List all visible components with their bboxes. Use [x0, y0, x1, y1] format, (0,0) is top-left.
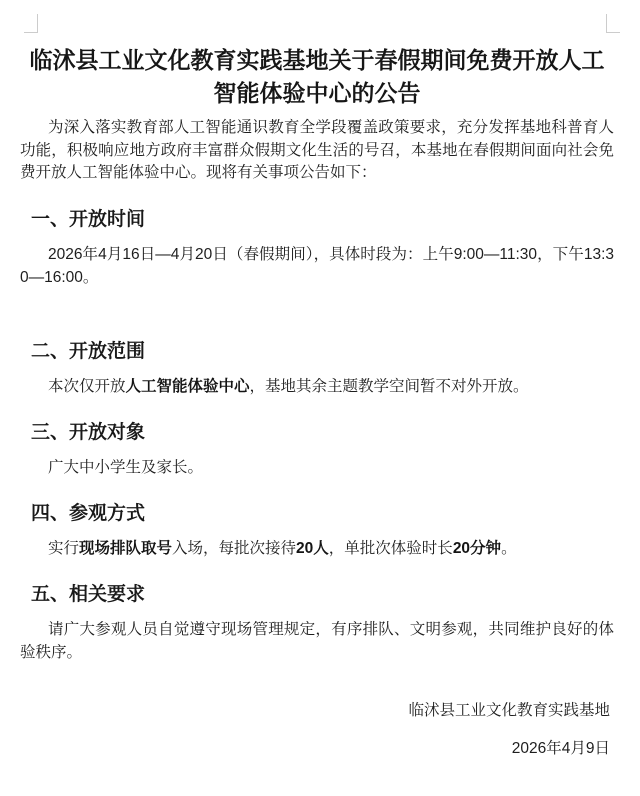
section-heading: 三、开放对象 [20, 420, 614, 446]
section-heading: 四、参观方式 [20, 501, 614, 527]
document-footer: 临沭县工业文化教育实践基地 2026年4月9日 [20, 700, 614, 760]
section-paragraph: 广大中小学生及家长。 [20, 456, 614, 479]
section-open-scope: 二、开放范围 本次仅开放人工智能体验中心，基地其余主题教学空间暂不对外开放。 [20, 339, 614, 398]
section-paragraph: 实行现场排队取号入场，每批次接待20人，单批次体验时长20分钟。 [20, 537, 614, 560]
document-page: 临沭县工业文化教育实践基地关于春假期间免费开放人工智能体验中心的公告 为深入落实… [0, 0, 640, 760]
section-heading: 五、相关要求 [20, 582, 614, 608]
section-heading: 二、开放范围 [20, 339, 614, 365]
intro-paragraph: 为深入落实教育部人工智能通识教育全学段覆盖政策要求，充分发挥基地科普育人功能，积… [20, 117, 614, 185]
section-paragraph: 请广大参观人员自觉遵守现场管理规定，有序排队、文明参观，共同维护良好的体验秩序。 [20, 618, 614, 664]
page-margin-mark-top-left [24, 14, 38, 33]
section-visit-method: 四、参观方式 实行现场排队取号入场，每批次接待20人，单批次体验时长20分钟。 [20, 501, 614, 560]
section-heading: 一、开放时间 [20, 207, 614, 233]
section-open-audience: 三、开放对象 广大中小学生及家长。 [20, 420, 614, 479]
signature-line: 临沭县工业文化教育实践基地 [20, 700, 610, 722]
date-line: 2026年4月9日 [20, 738, 610, 760]
section-paragraph: 2026年4月16日—4月20日（春假期间），具体时段为：上午9:00—11:3… [20, 243, 614, 289]
section-paragraph: 本次仅开放人工智能体验中心，基地其余主题教学空间暂不对外开放。 [20, 375, 614, 398]
page-title: 临沭县工业文化教育实践基地关于春假期间免费开放人工智能体验中心的公告 [25, 44, 610, 110]
section-open-time: 一、开放时间 2026年4月16日—4月20日（春假期间），具体时段为：上午9:… [20, 207, 614, 289]
page-margin-mark-top-right [606, 14, 620, 33]
section-requirements: 五、相关要求 请广大参观人员自觉遵守现场管理规定，有序排队、文明参观，共同维护良… [20, 582, 614, 664]
